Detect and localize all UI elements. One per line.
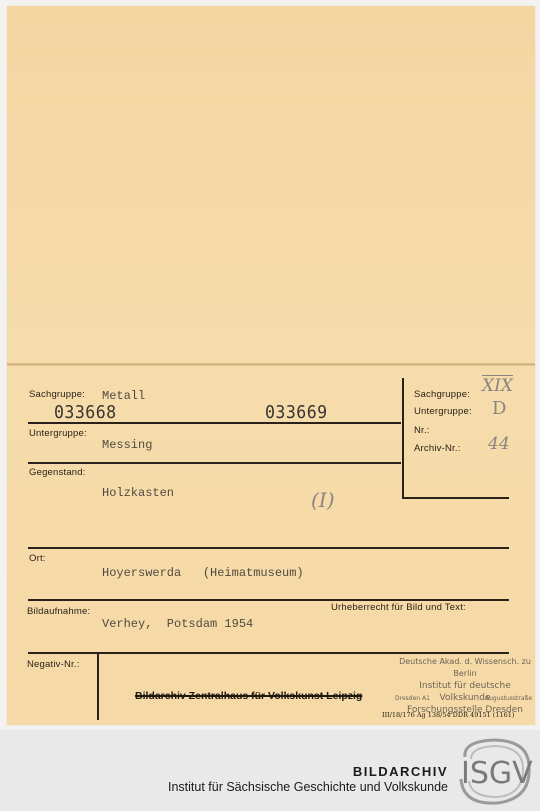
stamp-line-4-left: Dresden A1 — [395, 693, 430, 705]
divider-line — [28, 547, 509, 549]
right-archiv-label: Archiv-Nr.: — [414, 443, 461, 454]
inventory-number-1: 033668 — [54, 402, 117, 423]
logo-text: ISGV — [461, 756, 533, 791]
gegenstand-label: Gegenstand: — [29, 467, 86, 478]
gegenstand-handwritten-annotation: (I) — [311, 488, 335, 512]
stamp-line-4-right: Augustusstraße — [485, 693, 532, 705]
negativ-column-divider — [97, 652, 99, 720]
urheberrecht-label: Urheberrecht für Bild und Text: — [331, 602, 466, 613]
gegenstand-value: Holzkasten — [102, 486, 174, 500]
bildaufnahme-value: Verhey, Potsdam 1954 — [102, 617, 253, 631]
divider-line — [28, 652, 509, 654]
footer-subtitle: Institut für Sächsische Geschichte und V… — [168, 780, 448, 794]
untergruppe-label: Untergruppe: — [29, 428, 87, 439]
footer-title: BILDARCHIV — [353, 764, 448, 779]
right-archiv-value: 44 — [488, 434, 510, 454]
untergruppe-value: Messing — [102, 438, 152, 452]
negativ-label: Negativ-Nr.: — [27, 659, 80, 670]
right-sachgruppe-label: Sachgruppe: — [414, 389, 470, 400]
institute-stamp: Deutsche Akad. d. Wissensch. zu Berlin I… — [395, 656, 535, 716]
card-fold-line — [7, 363, 535, 366]
divider-line — [28, 462, 401, 464]
inventory-number-2: 033669 — [265, 402, 328, 423]
ort-label: Ort: — [29, 553, 46, 564]
divider-line — [28, 422, 401, 424]
print-code: III/18/176 Ag 138/54 DDR 49151 (1161) — [382, 711, 514, 719]
stamp-line-1: Deutsche Akad. d. Wissensch. zu Berlin — [395, 656, 535, 680]
bildaufnahme-label: Bildaufnahme: — [27, 606, 90, 617]
right-box-border-bottom — [402, 497, 509, 499]
ort-value: Hoyerswerda (Heimatmuseum) — [102, 566, 304, 580]
sachgruppe-value: Metall — [102, 389, 145, 403]
right-nr-label: Nr.: — [414, 425, 430, 436]
right-box-border-left — [402, 378, 404, 498]
struck-through-archive-name: Bildarchiv Zentralhaus für Volkskunst Le… — [135, 690, 362, 702]
divider-line — [28, 599, 509, 601]
right-sachgruppe-value: XIX — [482, 376, 513, 396]
isgv-logo-icon: ISGV — [455, 737, 535, 807]
right-untergruppe-value: D — [492, 398, 506, 419]
sachgruppe-label: Sachgruppe: — [29, 389, 85, 400]
right-untergruppe-label: Untergruppe: — [414, 406, 472, 417]
